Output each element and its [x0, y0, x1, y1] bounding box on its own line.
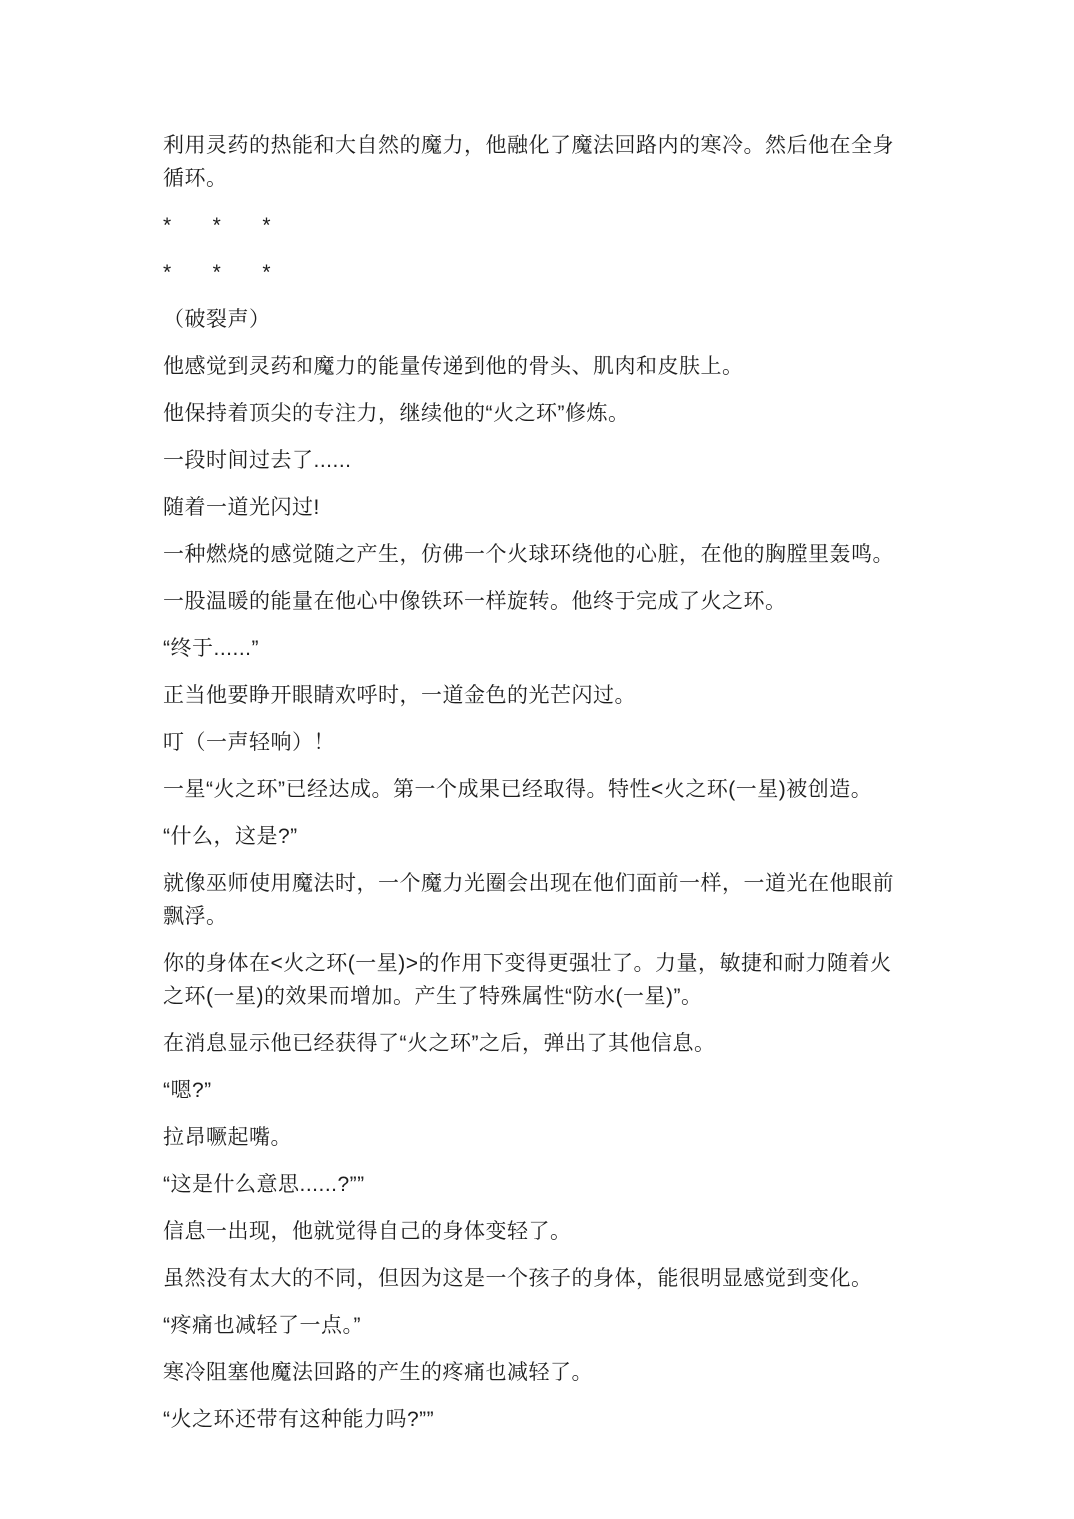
- paragraph: “这是什么意思......?””: [163, 1168, 911, 1201]
- paragraph: （破裂声）: [163, 303, 911, 336]
- paragraph: 他保持着顶尖的专注力，继续他的“火之环”修炼。: [163, 397, 911, 430]
- paragraph: “什么，这是?”: [163, 820, 911, 853]
- paragraph: “终于......”: [163, 632, 911, 665]
- paragraph: 你的身体在<火之环(一星)>的作用下变得更强壮了。力量，敏捷和耐力随着火之环(一…: [163, 947, 911, 1013]
- document-page: 利用灵药的热能和大自然的魔力，他融化了魔法回路内的寒冷。然后他在全身循环。 * …: [163, 129, 911, 1450]
- paragraph: “疼痛也减轻了一点。”: [163, 1309, 911, 1342]
- paragraph: “火之环还带有这种能力吗?””: [163, 1403, 911, 1436]
- paragraph: 随着一道光闪过!: [163, 491, 911, 524]
- separator-asterisks: * * *: [163, 256, 911, 289]
- paragraph: 在消息显示他已经获得了“火之环”之后，弹出了其他信息。: [163, 1027, 911, 1060]
- paragraph: 就像巫师使用魔法时，一个魔力光圈会出现在他们面前一样，一道光在他眼前飘浮。: [163, 867, 911, 933]
- paragraph: “嗯?”: [163, 1074, 911, 1107]
- paragraph: 一星“火之环”已经达成。第一个成果已经取得。特性<火之环(一星)被创造。: [163, 773, 911, 806]
- separator-asterisks: * * *: [163, 209, 911, 242]
- paragraph: 拉昂噘起嘴。: [163, 1121, 911, 1154]
- paragraph: 叮（一声轻响）！: [163, 726, 911, 759]
- paragraph: 信息一出现，他就觉得自己的身体变轻了。: [163, 1215, 911, 1248]
- paragraph: 他感觉到灵药和魔力的能量传递到他的骨头、肌肉和皮肤上。: [163, 350, 911, 383]
- paragraph: 寒冷阻塞他魔法回路的产生的疼痛也减轻了。: [163, 1356, 911, 1389]
- paragraph: 正当他要睁开眼睛欢呼时，一道金色的光芒闪过。: [163, 679, 911, 712]
- paragraph: 虽然没有太大的不同，但因为这是一个孩子的身体，能很明显感觉到变化。: [163, 1262, 911, 1295]
- paragraph: 一段时间过去了......: [163, 444, 911, 477]
- paragraph: 一种燃烧的感觉随之产生，仿佛一个火球环绕他的心脏，在他的胸膛里轰鸣。: [163, 538, 911, 571]
- paragraph: 利用灵药的热能和大自然的魔力，他融化了魔法回路内的寒冷。然后他在全身循环。: [163, 129, 911, 195]
- paragraph: 一股温暖的能量在他心中像铁环一样旋转。他终于完成了火之环。: [163, 585, 911, 618]
